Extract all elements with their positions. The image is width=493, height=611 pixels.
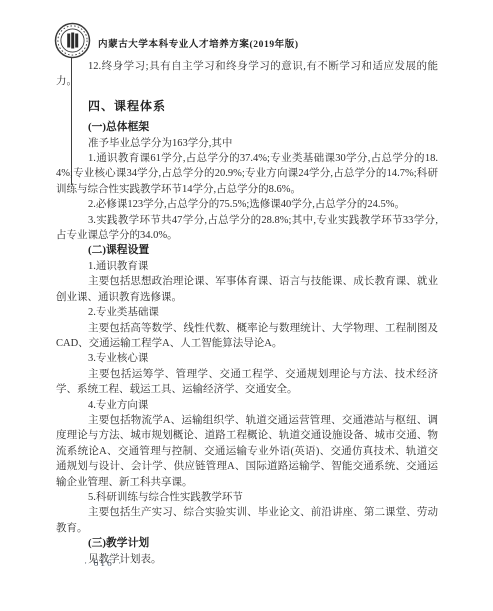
document-page: 内蒙古大学本科专业人才培养方案(2019年版) 12.终身学习;具有自主学习和终… bbox=[0, 0, 493, 611]
paragraph-lifelong-learning: 12.终身学习;具有自主学习和终身学习的意识,有不断学习和适应发展的能力。 bbox=[56, 59, 438, 90]
paragraph-general-education-title: 1.通识教育课 bbox=[56, 259, 438, 274]
paragraph-major-basic-list: 主要包括高等数学、线性代数、概率论与数理统计、大学物理、工程制图及CAD、交通运… bbox=[56, 321, 438, 352]
paragraph-major-core-list: 主要包括运筹学、管理学、交通工程学、交通规划理论与方法、技术经济学、系统工程、载… bbox=[56, 367, 438, 398]
paragraph-research-practice-title: 5.科研训练与综合性实践教学环节 bbox=[56, 490, 438, 505]
university-seal-icon bbox=[54, 22, 91, 59]
subsection-heading-course-setup: (二)课程设置 bbox=[56, 243, 438, 258]
document-header-title: 内蒙古大学本科专业人才培养方案(2019年版) bbox=[98, 36, 299, 50]
subsection-heading-overall-framework: (一)总体框架 bbox=[56, 120, 438, 135]
paragraph-research-practice-list: 主要包括生产实习、综合实验实训、毕业论文、前沿讲座、第二课堂、劳动教育。 bbox=[56, 505, 438, 536]
paragraph-major-direction-list: 主要包括物流学A、运输组织学、轨道交通运营管理、交通港站与枢纽、调度理论与方法、… bbox=[56, 413, 438, 490]
paragraph-major-direction-title: 4.专业方向课 bbox=[56, 398, 438, 413]
page-number: · 616 · bbox=[84, 559, 123, 569]
paragraph-total-credits: 准予毕业总学分为163学分,其中 bbox=[56, 136, 438, 151]
subsection-heading-teaching-plan: (三)教学计划 bbox=[56, 536, 438, 551]
paragraph-credit-breakdown: 1.通识教育课61学分,占总学分的37.4%;专业类基础课30学分,占总学分的1… bbox=[56, 151, 438, 197]
paragraph-practice-credits: 3.实践教学环节共47学分,占总学分的28.8%;其中,专业实践教学环节33学分… bbox=[56, 213, 438, 244]
paragraph-major-core-title: 3.专业核心课 bbox=[56, 351, 438, 366]
section-heading-curriculum-system: 四、课程体系 bbox=[56, 99, 438, 114]
paragraph-major-basic-title: 2.专业类基础课 bbox=[56, 305, 438, 320]
paragraph-general-education-list: 主要包括思想政治理论课、军事体育课、语言与技能课、成长教育课、就业创业课、通识教… bbox=[56, 274, 438, 305]
paragraph-required-elective: 2.必修课123学分,占总学分的75.5%;选修课40学分,占总学分的24.5%… bbox=[56, 197, 438, 212]
document-body: 12.终身学习;具有自主学习和终身学习的意识,有不断学习和适应发展的能力。 四、… bbox=[56, 59, 438, 567]
